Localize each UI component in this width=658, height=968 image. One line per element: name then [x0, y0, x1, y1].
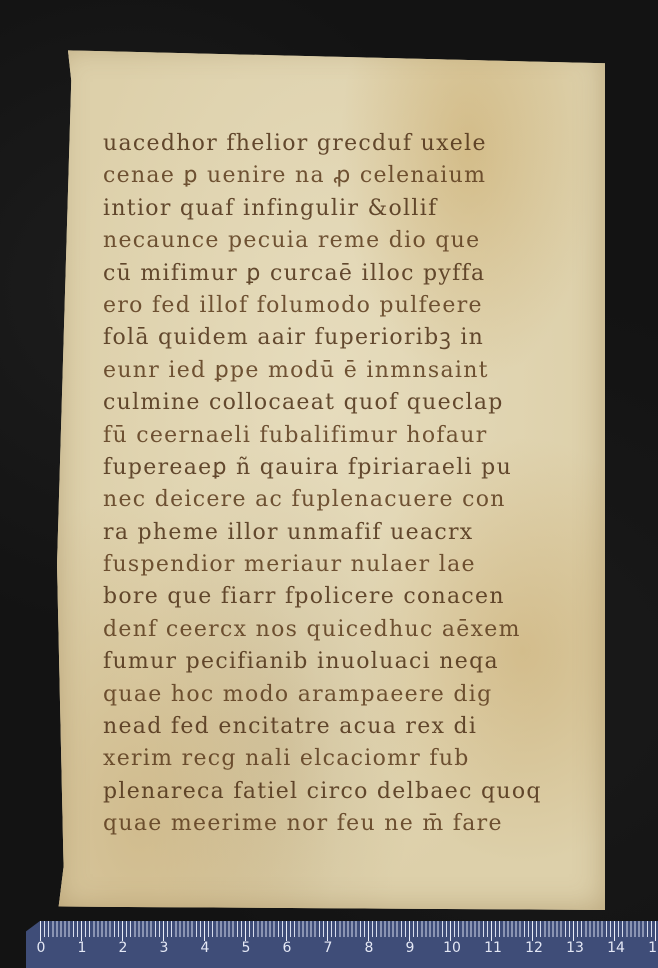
manuscript-line: bore que fiarr fpolicere conacen — [103, 581, 608, 613]
manuscript-line: quae meerime nor feu ne m̄ fare — [103, 808, 608, 840]
ruler-minor-ticks — [40, 921, 658, 937]
ruler-label: 13 — [566, 940, 584, 956]
ruler-label: 6 — [283, 940, 292, 956]
manuscript-line: cenae ꝑ uenire na ꝓ celenaium — [103, 160, 608, 192]
manuscript-line: plenareca fatiel circo delbaec quoq — [103, 776, 608, 808]
ruler-major-tick — [286, 921, 287, 941]
manuscript-line: quae hoc modo arampaeere dig — [103, 679, 608, 711]
manuscript-line: fū ceernaeli fubalifimur hofaur — [103, 420, 608, 452]
manuscript-line: denf ceercx nos quicedhuc aēxem — [103, 614, 608, 646]
ruler-major-tick — [40, 921, 41, 941]
manuscript-text: uacedhor fhelior grecduf uxele cenae ꝑ u… — [103, 128, 608, 841]
ruler-major-tick — [204, 921, 205, 941]
ruler-major-tick — [327, 921, 328, 941]
ruler-major-tick — [450, 921, 451, 941]
manuscript-line: cū mifimur ꝑ curcaē illoc pyffa — [103, 258, 608, 290]
ruler-major-tick — [163, 921, 164, 941]
manuscript-line: necaunce pecuia reme dio que — [103, 225, 608, 257]
manuscript-line: intior quaf infingulir &ollif — [103, 193, 608, 225]
manuscript-line: xerim recg nali elcaciomr fub — [103, 743, 608, 775]
manuscript-line: fupereaeꝑ ñ qauira fpiriaraeli pu — [103, 452, 608, 484]
manuscript-line: eunr ied ꝑpe modū ē inmnsaint — [103, 355, 608, 387]
ruler-label: 2 — [119, 940, 128, 956]
manuscript-line: uacedhor fhelior grecduf uxele — [103, 128, 608, 160]
manuscript-line: ra pheme illor unmafif ueacrx — [103, 517, 608, 549]
ruler-label: 5 — [242, 940, 251, 956]
ruler-major-tick — [573, 921, 574, 941]
ruler-label: 11 — [484, 940, 502, 956]
ruler-major-tick — [409, 921, 410, 941]
manuscript-line: ero fed illof folumodo pulfeere — [103, 290, 608, 322]
ruler-major-tick — [491, 921, 492, 941]
measuring-ruler: 0 1 2 3 4 5 6 7 8 9 10 11 12 13 14 15 — [26, 921, 658, 968]
manuscript-line: culmine collocaeat quof queclap — [103, 387, 608, 419]
ruler-label: 9 — [406, 940, 415, 956]
ruler-label: 8 — [365, 940, 374, 956]
ruler-label: 14 — [607, 940, 625, 956]
ruler-major-tick — [122, 921, 123, 941]
manuscript-line: folā quidem aair fuperioribꝫ in — [103, 322, 608, 354]
ruler-label: 0 — [37, 940, 46, 956]
manuscript-line: fumur pecifianib inuoluaci neqa — [103, 646, 608, 678]
ruler-label: 10 — [443, 940, 461, 956]
ruler-major-tick — [368, 921, 369, 941]
ruler-label: 4 — [201, 940, 210, 956]
manuscript-line: nec deicere ac fuplenacuere con — [103, 484, 608, 516]
ruler-major-tick — [614, 921, 615, 941]
ruler-major-tick — [532, 921, 533, 941]
ruler-label: 3 — [160, 940, 169, 956]
manuscript-line: fuspendior meriaur nulaer lae — [103, 549, 608, 581]
ruler-label: 15 — [648, 940, 658, 956]
ruler-label: 1 — [78, 940, 87, 956]
ruler-label: 12 — [525, 940, 543, 956]
manuscript-line: nead fed encitatre acua rex di — [103, 711, 608, 743]
ruler-major-tick — [655, 921, 656, 941]
ruler-label: 7 — [324, 940, 333, 956]
ruler-major-tick — [245, 921, 246, 941]
ruler-major-tick — [81, 921, 82, 941]
